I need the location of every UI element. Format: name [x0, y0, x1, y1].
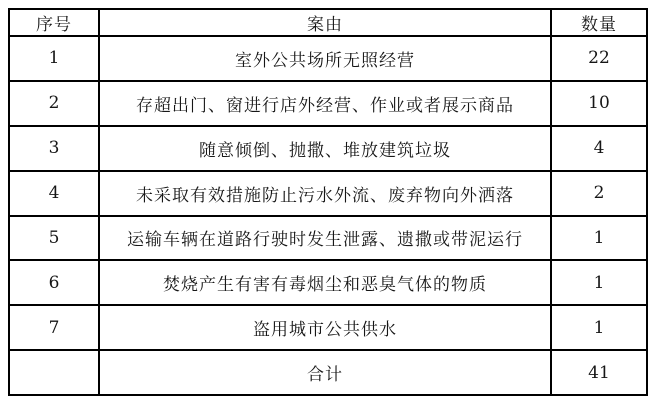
cell-index: 7 [9, 305, 99, 350]
table-row: 3 随意倾倒、抛撒、堆放建筑垃圾 4 [9, 126, 647, 171]
table-row: 7 盗用城市公共供水 1 [9, 305, 647, 350]
cell-total-count: 41 [551, 350, 647, 395]
cell-count: 2 [551, 171, 647, 216]
document-page: 序号 案由 数量 1 室外公共场所无照经营 22 2 存超出门、窗进行店外经营、… [0, 0, 654, 404]
cell-cause: 运输车辆在道路行驶时发生泄露、遗撒或带泥运行 [99, 216, 551, 261]
cell-index: 6 [9, 260, 99, 305]
cell-count: 1 [551, 260, 647, 305]
table-row: 4 未采取有效措施防止污水外流、废弃物向外洒落 2 [9, 171, 647, 216]
table-row: 1 室外公共场所无照经营 22 [9, 36, 647, 81]
cell-count: 1 [551, 305, 647, 350]
header-row: 序号 案由 数量 [9, 9, 647, 36]
cell-cause: 存超出门、窗进行店外经营、作业或者展示商品 [99, 81, 551, 126]
cell-total-label: 合计 [99, 350, 551, 395]
header-count: 数量 [551, 9, 647, 36]
cell-total-index [9, 350, 99, 395]
header-cause: 案由 [99, 9, 551, 36]
cell-index: 3 [9, 126, 99, 171]
header-index: 序号 [9, 9, 99, 36]
cell-cause: 盗用城市公共供水 [99, 305, 551, 350]
table-row: 2 存超出门、窗进行店外经营、作业或者展示商品 10 [9, 81, 647, 126]
cell-cause: 室外公共场所无照经营 [99, 36, 551, 81]
table-row: 6 焚烧产生有害有毒烟尘和恶臭气体的物质 1 [9, 260, 647, 305]
total-row: 合计 41 [9, 350, 647, 395]
cell-count: 4 [551, 126, 647, 171]
cell-cause: 焚烧产生有害有毒烟尘和恶臭气体的物质 [99, 260, 551, 305]
cell-count: 1 [551, 216, 647, 261]
cell-index: 1 [9, 36, 99, 81]
table-row: 5 运输车辆在道路行驶时发生泄露、遗撒或带泥运行 1 [9, 216, 647, 261]
cell-count: 22 [551, 36, 647, 81]
cell-cause: 随意倾倒、抛撒、堆放建筑垃圾 [99, 126, 551, 171]
cell-index: 5 [9, 216, 99, 261]
cell-count: 10 [551, 81, 647, 126]
cell-index: 2 [9, 81, 99, 126]
cell-cause: 未采取有效措施防止污水外流、废弃物向外洒落 [99, 171, 551, 216]
case-statistics-table: 序号 案由 数量 1 室外公共场所无照经营 22 2 存超出门、窗进行店外经营、… [8, 8, 648, 396]
cell-index: 4 [9, 171, 99, 216]
